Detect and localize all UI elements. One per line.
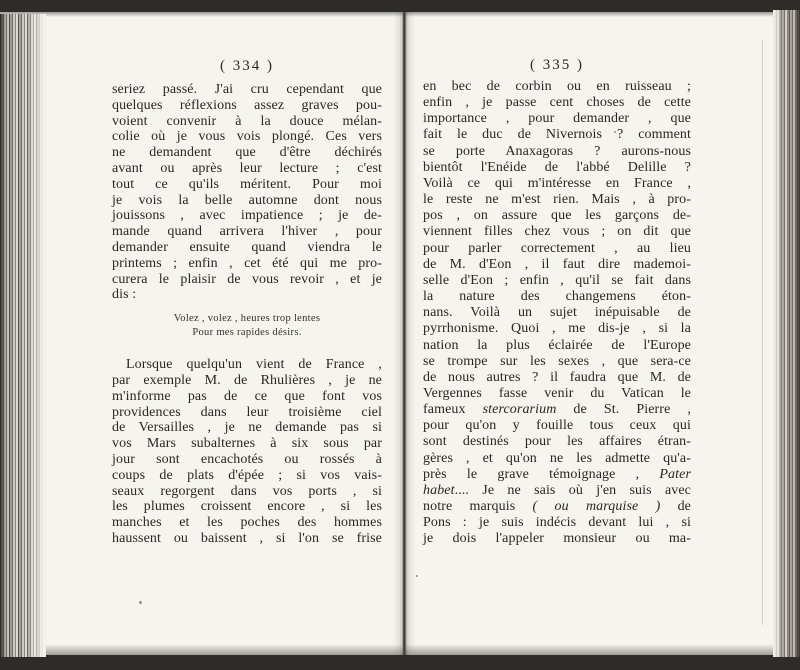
text-line: Volez , volez , heures trop lentes [112, 312, 382, 326]
text-line: m'informe pas de ce que font vos [112, 389, 382, 405]
text-line: Pour mes rapides désirs. [112, 326, 382, 340]
text-line: vos Mars subalternes à six sous par [112, 436, 382, 452]
text-line: ne demandent que d'être déchirés [112, 145, 382, 161]
text-line: la nature des changemens éton- [423, 289, 691, 305]
left-page-paragraph-2: Lorsque quelqu'un vient de France ,par e… [112, 357, 382, 547]
text-line: en bec de corbin ou en ruisseau ; [423, 79, 691, 95]
text-line: quelques réflexions assez graves pou- [112, 98, 382, 114]
text-line: mande quand arrivera l'hiver , pour [112, 224, 382, 240]
text-line: je vois la belle automne dont nous [112, 193, 382, 209]
text-line: fait le duc de Nivernois ? comment [423, 127, 691, 143]
right-page: ( 335 ) en bec de corbin ou en ruisseau … [423, 56, 691, 548]
right-page-edges [773, 10, 800, 657]
ink-speck [416, 575, 418, 577]
left-page: ( 334 ) seriez passé. J'ai cru cependant… [112, 57, 382, 547]
text-line: je dois l'appeler monsieur ou ma- [423, 531, 691, 547]
text-line: pos , on assure que les garçons de- [423, 208, 691, 224]
ink-speck [139, 601, 142, 604]
text-line: selle d'Eon ; enfin , qu'il se fait dans [423, 273, 691, 289]
text-line: par exemple M. de Rhulières , je ne [112, 373, 382, 389]
text-line: tout ce qu'ils méritent. Pour moi [112, 177, 382, 193]
text-line: manches et les poches des hommes [112, 515, 382, 531]
binding-gutter [393, 12, 415, 655]
right-page-number: ( 335 ) [423, 56, 691, 74]
left-page-edges [0, 14, 46, 657]
text-line: de M. d'Eon , il faut dire mademoi- [423, 257, 691, 273]
text-line: près le grave témoignage , Pater [423, 467, 691, 483]
text-line: pyrrhonisme. Quoi , me dis-je , si la [423, 321, 691, 337]
text-line: jouissons , avec impatience ; je de- [112, 208, 382, 224]
left-page-number: ( 334 ) [112, 57, 382, 75]
text-line: seaux regorgent dans vos ports , si [112, 484, 382, 500]
text-line: printems ; enfin , cet été qui me pro- [112, 256, 382, 272]
text-line: nans. Voilà un sujet inépuisable de [423, 305, 691, 321]
book-scan: ( 334 ) seriez passé. J'ai cru cependant… [0, 0, 800, 670]
text-line: habet.... Je ne sais où j'en suis avec [423, 483, 691, 499]
left-page-paragraph-1: seriez passé. J'ai cru cependant quequel… [112, 82, 382, 303]
text-line: les plumes croissent encore , si les [112, 499, 382, 515]
text-line: Pons : je suis indécis devant lui , si [423, 515, 691, 531]
text-line: Lorsque quelqu'un vient de France , [112, 357, 382, 373]
text-line: sont destinés pour les affaires étran- [423, 434, 691, 450]
text-line: jour sont encachotés ou rossés à [112, 452, 382, 468]
text-line: coups de plats d'épée ; si vos vais- [112, 468, 382, 484]
text-line: haussent ou baissent , si l'on se frise [112, 531, 382, 547]
text-line: nation la plus éclairée de l'Europe [423, 338, 691, 354]
text-line: colie où je vous vois plongé. Ces vers [112, 129, 382, 145]
right-page-body: en bec de corbin ou en ruisseau ;enfin ,… [423, 79, 691, 548]
text-line: gères , et qu'on ne les admette qu'a- [423, 451, 691, 467]
text-line: fameux stercorarium de St. Pierre , [423, 402, 691, 418]
text-line: se porte Anaxagoras ? aurons-nous [423, 144, 691, 160]
text-line: seriez passé. J'ai cru cependant que [112, 82, 382, 98]
page-crease-line [762, 40, 763, 625]
text-line: avant ou après leur lecture ; c'est [112, 161, 382, 177]
text-line: viennent filles chez vous ; on dit que [423, 224, 691, 240]
text-line: dis : [112, 287, 382, 303]
text-line: enfin , je passe cent choses de cette [423, 95, 691, 111]
text-line: se trompe sur les sexes , que sera-ce [423, 354, 691, 370]
text-line: pour qu'on y fouille tous ceux qui [423, 418, 691, 434]
text-line: curera le plaisir de vous revoir , et je [112, 272, 382, 288]
text-line: le reste ne m'est rien. Mais , à pro- [423, 192, 691, 208]
text-line: pour parler correctement , au lieu [423, 241, 691, 257]
text-line: Vergennes fasse venir du Vatican le [423, 386, 691, 402]
text-line: bientôt l'Enéide de l'abbé Delille ? [423, 160, 691, 176]
text-line: demander ensuite quand viendra le [112, 240, 382, 256]
text-line: de Versailles , je ne demande pas si [112, 420, 382, 436]
left-page-verse: Volez , volez , heures trop lentesPour m… [112, 312, 382, 340]
text-line: de nous autres ? il faudra que M. de [423, 370, 691, 386]
text-line: importance , pour demander , que [423, 111, 691, 127]
text-line: notre marquis ( ou marquise ) de [423, 499, 691, 515]
text-line: Voilà ce qui m'intéresse en France , [423, 176, 691, 192]
ink-speck [614, 131, 616, 133]
text-line: voient convenir à la douce mélan- [112, 114, 382, 130]
text-line: providences dans leur troisième ciel [112, 405, 382, 421]
